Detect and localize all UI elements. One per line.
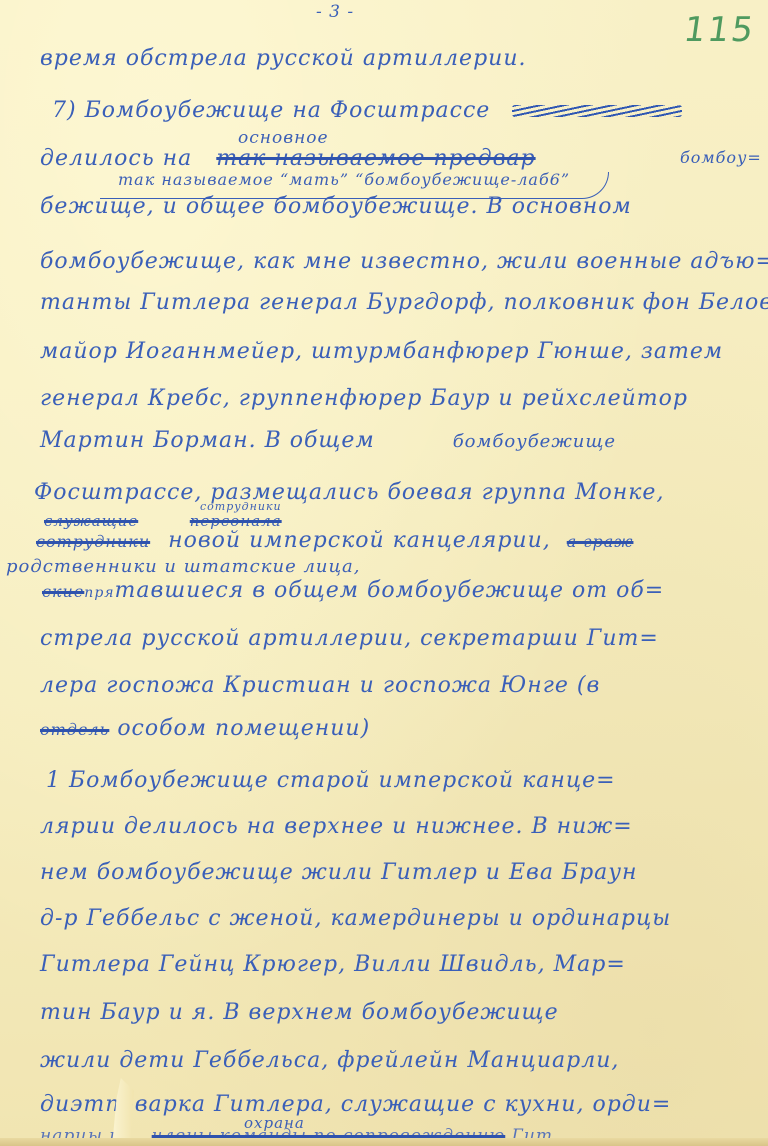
manuscript-line: скиепрятавшиеся в общем бомбоубежище от … <box>42 580 664 602</box>
manuscript-line: нем бомбоубежище жили Гитлер и Ева Браун <box>40 862 638 884</box>
struck-text: так называемое предвар <box>216 146 535 171</box>
manuscript-line: Мартин Борман. В общем бомбоубежище <box>40 430 616 452</box>
manuscript-line: лера госпожа Кристиан и госпожа Юнге (в <box>40 675 600 697</box>
manuscript-line: бомбоубежище, как мне известно, жили вое… <box>40 251 768 273</box>
line-text-end: бомбоубежище <box>453 431 616 452</box>
struck-text: ские <box>42 582 84 601</box>
manuscript-line: 1 Бомбоубежище старой имперской канце= <box>46 770 616 792</box>
paper-bottom-edge <box>0 1138 768 1146</box>
line-text: особом помещении) <box>117 716 370 741</box>
manuscript-line: тин Баур и я. В верхнем бомбоубежище <box>40 1002 559 1024</box>
line-text: новой имперской канцелярии, <box>168 528 551 553</box>
manuscript-line: жили дети Геббельса, фрейлейн Манциарли, <box>40 1050 619 1072</box>
struck-text: сотрудники <box>36 532 150 551</box>
struck-text: отдель <box>40 720 109 739</box>
struck-text: служащие <box>44 512 138 530</box>
manuscript-line: д-р Геббельс с женой, камердинеры и орди… <box>40 908 671 930</box>
line-text: Мартин Борман. В общем <box>40 428 375 453</box>
archive-folio-number: 115 <box>681 10 758 50</box>
scribbled-out-word <box>512 105 682 117</box>
inserted-text: пря <box>84 585 114 601</box>
manuscript-line: стрела русской артиллерии, секретарши Ги… <box>40 628 659 650</box>
manuscript-line: генерал Кребс, группенфюрер Баур и рейхс… <box>40 388 688 410</box>
manuscript-line: диэтповарка Гитлера, служащие с кухни, о… <box>40 1094 671 1116</box>
page-number: - 3 - <box>316 2 354 22</box>
interlinear-insertion: родственники и штатские лица, <box>6 556 361 577</box>
manuscript-line: время обстрела русской артиллерии. <box>40 48 527 70</box>
manuscript-line: Гитлера Гейнц Крюгер, Вилли Швидль, Мар= <box>40 954 626 976</box>
manuscript-line: лярии делилось на верхнее и нижнее. В ни… <box>40 816 633 838</box>
interlinear-insertion: основное <box>238 128 329 148</box>
line-text: делилось на <box>40 146 192 171</box>
manuscript-line: бежище, и общее бомбоубежище. В основном <box>40 196 632 218</box>
line-text-end: бомбоу= <box>680 150 762 166</box>
line-text: 7) Бомбоубежище на Фосштрассе <box>52 98 490 123</box>
manuscript-line: делилось на так называемое предвар бомбо… <box>40 148 536 170</box>
struck-text: а граж <box>567 532 634 551</box>
line-text: тавшиеся в общем бомбоубежище от об= <box>115 578 665 603</box>
manuscript-line: сотрудники новой имперской канцелярии, а… <box>36 530 633 552</box>
manuscript-line: майор Иоганнмейер, штурмбанфюрер Гюнше, … <box>40 341 723 363</box>
manuscript-line: Фосштрассе, размещались боевая группа Мо… <box>34 482 664 504</box>
manuscript-line: танты Гитлера генерал Бургдорф, полковни… <box>40 292 768 314</box>
manuscript-line: 7) Бомбоубежище на Фосштрассе <box>52 100 682 122</box>
manuscript-line: отдель особом помещении) <box>40 718 370 740</box>
